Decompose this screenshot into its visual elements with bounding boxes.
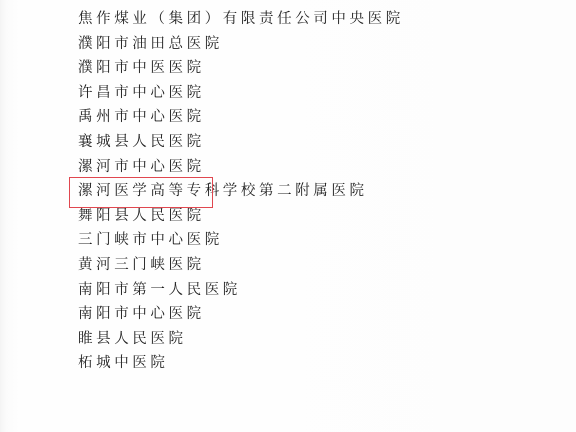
list-item: 禹州市中心医院 [78, 105, 404, 130]
list-item: 濮阳市中医医院 [78, 56, 404, 81]
list-item: 柘城中医院 [78, 351, 404, 376]
list-item: 焦作煤业（集团）有限责任公司中央医院 [78, 7, 404, 32]
list-item: 许昌市中心医院 [78, 81, 404, 106]
list-item: 黄河三门峡医院 [78, 253, 404, 278]
highlight-box [69, 177, 213, 208]
list-item-highlighted: 漯河市中心医院 [78, 155, 404, 180]
list-item: 南阳市第一人民医院 [78, 278, 404, 303]
document-page: 焦作煤业（集团）有限责任公司中央医院 濮阳市油田总医院 濮阳市中医医院 许昌市中… [0, 0, 576, 432]
list-item: 睢县人民医院 [78, 327, 404, 352]
list-item: 襄城县人民医院 [78, 130, 404, 155]
list-item: 三门峡市中心医院 [78, 228, 404, 253]
list-item: 濮阳市油田总医院 [78, 32, 404, 57]
list-item: 南阳市中心医院 [78, 302, 404, 327]
